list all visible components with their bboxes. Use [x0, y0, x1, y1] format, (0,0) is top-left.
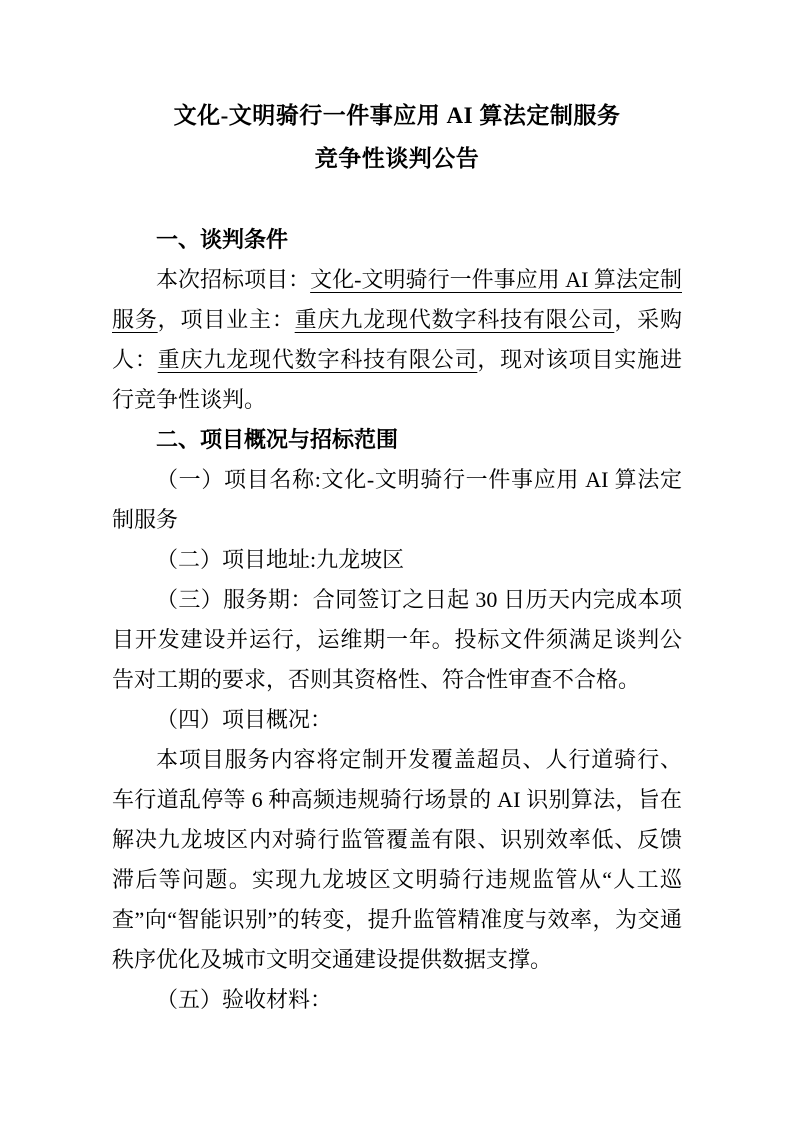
item-project-overview-label: （四）项目概况：: [112, 700, 682, 740]
purchaser-name-underlined: 重庆九龙现代数字科技有限公司: [158, 347, 478, 372]
item-project-name: （一）项目名称:文化-文明骑行一件事应用 AI 算法定制服务: [112, 460, 682, 540]
document-body: 一、谈判条件 本次招标项目：文化-文明骑行一件事应用 AI 算法定制服务，项目业…: [112, 220, 682, 1020]
owner-label-text: ，项目业主：: [158, 307, 295, 332]
owner-name-underlined: 重庆九龙现代数字科技有限公司: [295, 307, 615, 332]
item-acceptance-materials-label: （五）验收材料：: [112, 980, 682, 1020]
document-content: 文化-文明骑行一件事应用 AI 算法定制服务 竞争性谈判公告 一、谈判条件 本次…: [112, 0, 682, 1020]
project-overview-paragraph: 本项目服务内容将定制开发覆盖超员、人行道骑行、车行道乱停等 6 种高频违规骑行场…: [112, 740, 682, 980]
item-service-period: （三）服务期：合同签订之日起 30 日历天内完成本项目开发建设并运行，运维期一年…: [112, 580, 682, 700]
section2-heading: 二、项目概况与招标范围: [112, 420, 682, 460]
section1-heading: 一、谈判条件: [112, 220, 682, 260]
document-page: 文化-文明骑行一件事应用 AI 算法定制服务 竞争性谈判公告 一、谈判条件 本次…: [0, 0, 793, 1122]
doc-title-line2: 竞争性谈判公告: [112, 144, 682, 174]
doc-title-line1: 文化-文明骑行一件事应用 AI 算法定制服务: [112, 101, 682, 131]
tender-lead-text: 本次招标项目：: [156, 267, 310, 292]
item-project-address: （二）项目地址:九龙坡区: [112, 540, 682, 580]
section1-paragraph: 本次招标项目：文化-文明骑行一件事应用 AI 算法定制服务，项目业主：重庆九龙现…: [112, 260, 682, 420]
